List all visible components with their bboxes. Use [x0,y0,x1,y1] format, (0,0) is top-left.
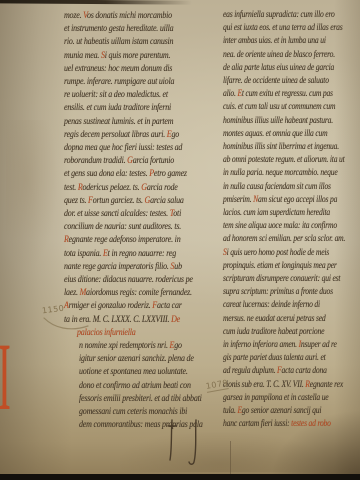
ink-text: n nomine xpi redemptoris nri. [79,341,170,351]
ink-text: etro gamez [154,169,187,179]
text-line: fessoris emilii presbiteri. et ad tibi a… [79,393,195,406]
ink-text: arcia fortunio [133,156,174,166]
text-line: careat lucernas: deinde inferno di [223,299,335,312]
text-line: tem sine aliqua uoce mala: ita confirmo [223,220,335,233]
ink-text: re uoluerit: sit a deo maledictus. et [64,90,168,100]
ink-text: aiordomus regis: comite fernandez. [86,288,192,298]
text-line: hominibus illis sint liberrima et ingenu… [223,141,335,154]
ink-text: in nulla paria. neque morcambio. neque [223,168,338,178]
text-line: rumpe. inferare. rumpigare aut uiola [64,76,193,89]
ink-text: hominibus illius uille habeant pastura. [223,116,333,126]
ink-text: egnante rex [310,380,343,390]
ink-text: laez. [64,288,80,298]
text-line: laez. Maiordomus regis: comite fernandez… [64,287,193,300]
ink-text: qui est iuxta eos. et una terra ad illas… [223,23,343,33]
ink-text: go [171,130,179,140]
ink-text: cum iuda traditore habeat porcione [223,327,324,337]
text-line: regis decem persoluat libras auri. Ego [64,129,193,142]
text-line: uel extraneus: hoc meum donum dis [64,63,193,76]
ink-text: quez ts. [64,196,88,206]
ink-text: gis parte pariet duas talenta auri. et [223,353,326,363]
ink-text: go [174,341,182,351]
ink-text: rio. ut habeatis uillam istam canusin [64,37,173,47]
ink-text: eas infurniella supradicta: cum illo ero [223,10,335,20]
ink-text: oti [173,209,181,219]
text-line: in nulla paria. neque morcambio. neque [223,167,335,180]
ink-text: in nulla causa faciendam sit cum illos [223,182,331,192]
text-line: dopna mea que hoc fieri iussi: testes ad [64,142,193,155]
red-ink-text: testes ad robo [291,419,331,429]
ink-text: et instrumento gesta hereditate. uilla [64,24,173,34]
ink-text: de alia parte latus eius uinea de garcia [223,63,334,73]
text-column-left: moze. Vos donatis michi morcambioet inst… [64,10,214,433]
ink-text: acta car [157,301,182,311]
text-line: et instrumento gesta hereditate. uilla [64,23,193,36]
ink-text: os donatis michi morcambio [87,11,172,21]
text-line: lifarre. de occidente uinea de saluato [223,75,335,88]
parchment-crease-line [230,441,231,475]
ink-text: am sicut ego accepi illos pa [258,195,337,205]
ink-text: go senior azenari sancij qui [242,406,321,416]
ink-text: lacios. cum iam superdictam heredita [223,208,330,218]
text-line: tota ispania. Et in regno nauarre: reg [64,248,193,261]
text-line: eius ditione: didacus nauarre. rodericus… [64,274,193,287]
text-line: Regnante rege adefonso imperatore. in [64,234,193,247]
ink-text: et gens sua dona ela: testes. [64,169,149,179]
text-line: uotione et spontanea mea uoluntate. [79,366,195,379]
ink-text: ad regula duplum. [223,366,277,376]
text-line: pmiserim. Nam sicut ego accepi illos pa [223,194,335,207]
parchment-stain-decoration [6,120,58,270]
ink-text: odericus pelaez. ts. [82,183,141,193]
ink-text: propinquis. etiam et longinquis mea per [223,261,337,271]
ink-text: i quis uero homo post hodie de meis [227,248,329,258]
text-line: ad honorem sci emilian. per scla sclor. … [223,233,335,246]
ink-text: i quis more parentum. [105,51,171,61]
text-line: supra scriptum: primitus a fronte duos [223,286,335,299]
ink-text: pmiserim. [223,195,253,205]
ink-text: uel extraneus: hoc meum donum dis [64,64,172,74]
text-line: nea. de oriente uinea de blasco ferrero. [223,49,335,62]
ink-text: dor. et uisse sancti alcaldes: testes. [64,209,170,219]
text-line: roborandum tradidi. Garcia fortunio [64,155,193,168]
text-line: de alia parte latus eius uinea de garcia [223,62,335,75]
text-line: rio. ut habeatis uillam istam canusin [64,36,193,49]
ink-text: igitur senior azenari sanchiz. plena de [79,354,194,364]
text-line: concilium de nauria: sunt auditores. ts. [64,221,193,234]
text-line: cum iuda traditore habeat porcione [223,326,335,339]
ink-text: regis decem persoluat libras auri. [64,130,167,140]
text-line: hominibus illius uille habeant pastura. [223,115,335,128]
ink-text: acta carta dona [282,366,327,376]
ink-text: garsea in pampilona et in castella ue [223,393,328,403]
ink-text: fessoris emilii presbiteri. et ad tibi a… [79,394,202,404]
ink-text: hominibus illis sint liberrima et ingenu… [223,142,339,152]
ink-text: cionis sub era. T. C. XV. VII. [223,380,305,390]
text-line: hanc cartam fieri iussi: testes ad robo [223,418,335,431]
ink-text: arcia salua [150,196,184,206]
red-initial-drop-cap: I [0,331,11,423]
text-line: n nomine xpi redemptoris nri. Ego [79,340,195,353]
text-line: penas sustineat luminis. et in partem [64,116,193,129]
text-line: inter ambas uias. et in lumba una ui [223,35,335,48]
ink-text: t cum exitu et regressu. cum pas [242,89,333,99]
text-line: ab omni potestate regum. et aliorum. ita… [223,154,335,167]
text-line: re uoluerit: sit a deo maledictus. et [64,89,193,102]
ink-text: munia mea. [64,51,101,61]
text-line: ensilis. et cum iuda traditore inferni [64,102,193,115]
ink-text: eius ditione: didacus nauarre. rodericus… [64,275,193,285]
ink-text: t in regno nauarre: reg [108,249,176,259]
ink-text: supra scriptum: primitus a fronte duos [223,287,333,297]
ink-text: nsuper ad re [301,340,337,350]
ink-text: ub [174,262,182,272]
ink-text: inter ambas uias. et in lumba una ui [223,36,326,46]
ink-text: careat lucernas: deinde inferno di [223,300,320,310]
ink-text: concilium de nauria: sunt auditores. ts. [64,222,181,232]
ink-text: ensilis. et cum iuda traditore inferni [64,103,171,113]
text-line: alio. Et cum exitu et regressu. cum pas [223,88,335,101]
text-line: lacios. cum iam superdictam heredita [223,207,335,220]
text-line: nante rege garcia imperatoris filio. Sub [64,261,193,274]
ink-text: ortun garciez. ts. [93,196,145,206]
ink-text: mersus. ne euadat acerui petras sed [223,314,326,324]
text-line: scripturam disrumpere conauerit: qui est [223,273,335,286]
ink-text: in inferno inferiora amen. [223,340,299,350]
text-line: test. Rodericus pelaez. ts. Garcia rode [64,182,193,195]
ink-text: rumpe. inferare. rumpigare aut uiola [64,77,174,87]
ink-text: test. [64,183,78,193]
text-line: munia mea. Si quis more parentum. [64,50,193,63]
ink-text: nante rege garcia imperatoris filio. [64,262,170,272]
text-line: dor. et uisse sancti alcaldes: testes. T… [64,208,193,221]
ink-text: penas sustineat luminis. et in partem [64,117,173,127]
text-line: cionis sub era. T. C. XV. VII. Regnante … [223,379,335,392]
red-ink-text: De [171,315,180,325]
ink-text: tula. [223,406,237,416]
ink-text: arcia rode [147,183,178,193]
text-line: moze. Vos donatis michi morcambio [64,10,193,23]
text-line: in inferno inferiora amen. Insuper ad re [223,339,335,352]
manuscript-page: moze. Vos donatis michi morcambioet inst… [0,0,360,480]
text-line: montes aquas. et omnia que illa cum [223,128,335,141]
descender-flourish-decoration [158,418,218,468]
ink-text: alio. [223,89,237,99]
text-line: et gens sua dona ela: testes. Petro game… [64,168,193,181]
text-line: eas infurniella supradicta: cum illo ero [223,9,335,22]
text-line: propinquis. etiam et longinquis mea per [223,260,335,273]
ink-text: gomessani cum ceteris monachis ibi [79,407,187,417]
ink-text: ab omni potestate regum. et aliorum. ita… [223,155,345,165]
text-line: ad regula duplum. Facta carta dona [223,365,335,378]
ink-text: dopna mea que hoc fieri iussi: testes ad [64,143,182,153]
ink-text: scripturam disrumpere conauerit: qui est [223,274,340,284]
text-line: garsea in pampilona et in castella ue [223,392,335,405]
ink-text: lifarre. de occidente uinea de saluato [223,76,329,86]
ink-text: nea. de oriente uinea de blasco ferrero. [223,50,335,60]
text-line: in nulla causa faciendam sit cum illos [223,181,335,194]
pencil-swash-decoration [40,312,100,342]
ink-text: ad honorem sci emilian. per scla sclor. … [223,234,345,244]
bottom-scan-edge [0,474,360,480]
text-line: quez ts. Fortun garciez. ts. Garcia salu… [64,195,193,208]
text-line: tula. Ego senior azenari sancij qui [223,405,335,418]
ink-text: tem sine aliqua uoce mala: ita confirmo [223,221,337,231]
text-line: qui est iuxta eos. et una terra ad illas… [223,22,335,35]
text-line: dono et confirmo ad atrium beati con [79,380,195,393]
ink-text: tota ispania. [64,249,103,259]
text-line: gis parte pariet duas talenta auri. et [223,352,335,365]
text-line: mersus. ne euadat acerui petras sed [223,313,335,326]
ink-text: cuis. et cum tali usu ut communem cum [223,102,335,112]
ink-text: rmiger ei gonzaluo roderiz. [69,301,153,311]
text-line: Si quis uero homo post hodie de meis [223,247,335,260]
ink-text: dono et confirmo ad atrium beati con [79,381,191,391]
text-line: igitur senior azenari sanchiz. plena de [79,353,195,366]
ink-text: roborandum tradidi. [64,156,127,166]
ink-text: hanc cartam fieri iussi: [223,419,291,429]
text-line: cuis. et cum tali usu ut communem cum [223,101,335,114]
text-column-right: eas infurniella supradicta: cum illo ero… [223,9,359,432]
ink-text: egnante rege adefonso imperatore. in [69,235,181,245]
ink-text: uotione et spontanea mea uoluntate. [79,367,188,377]
ink-text: moze. [64,11,83,21]
ink-text: montes aquas. et omnia que illa cum [223,129,327,139]
